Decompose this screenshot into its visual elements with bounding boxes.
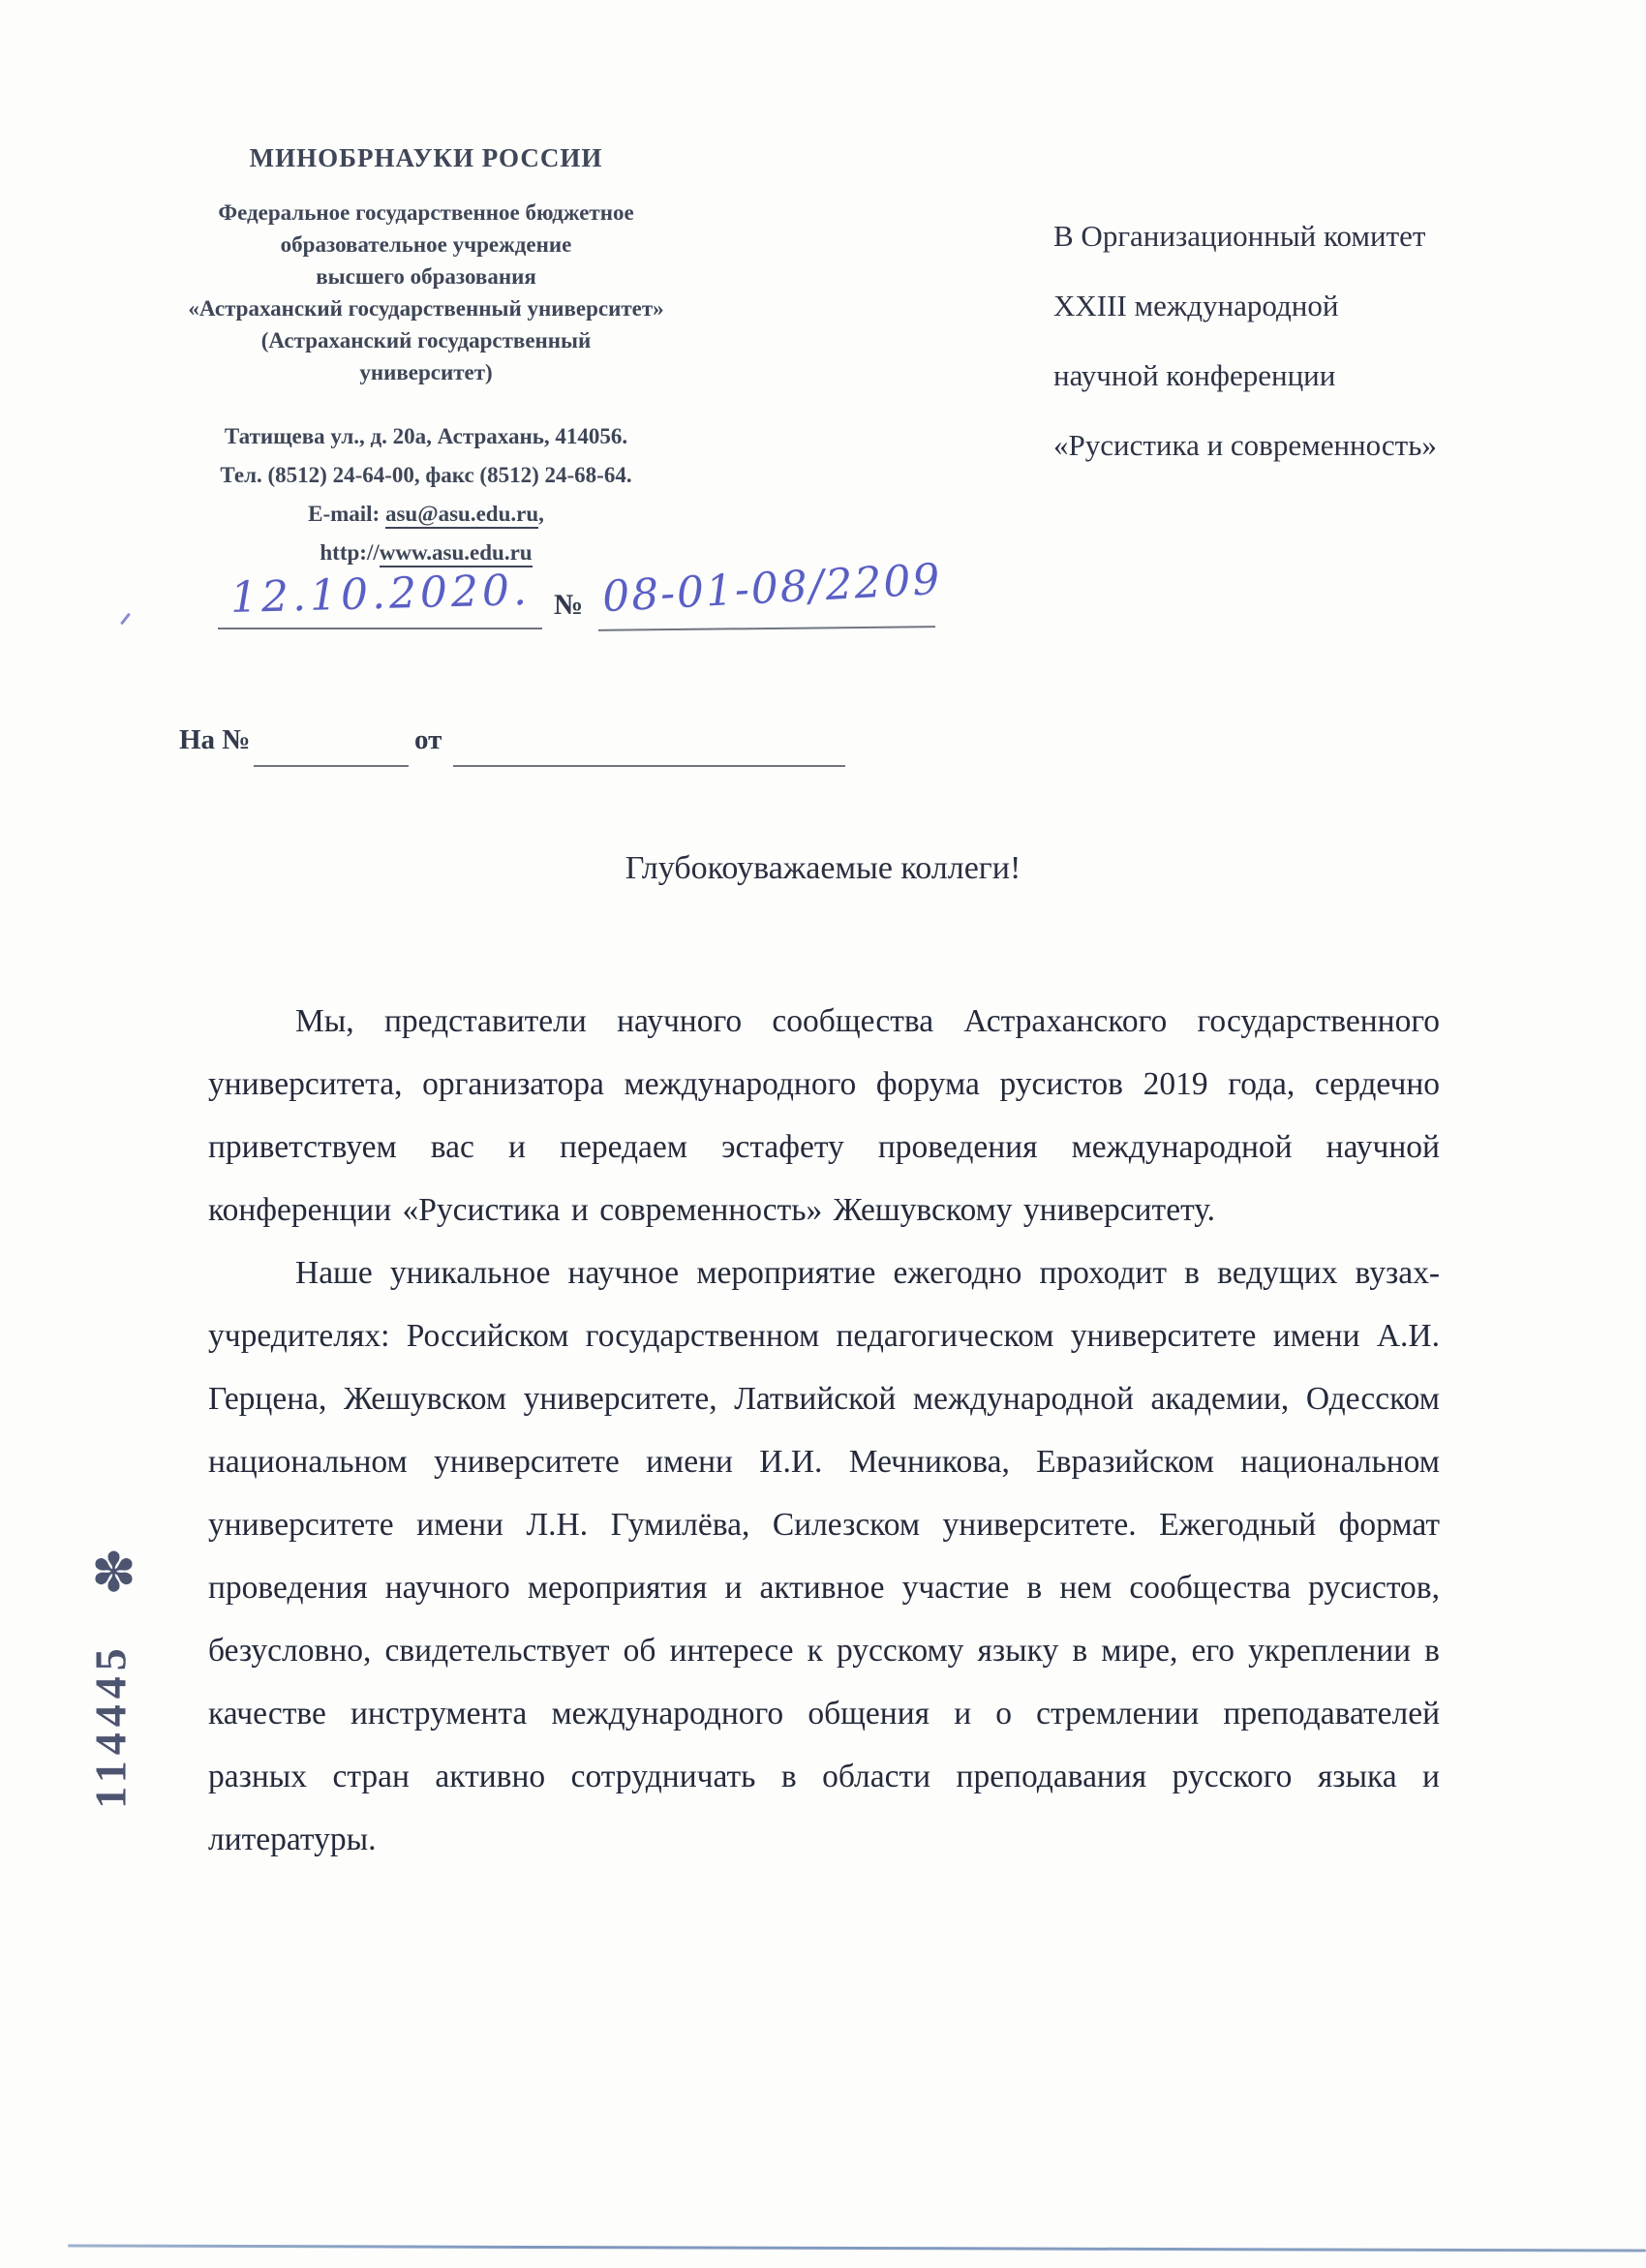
- reply-from-label: от: [414, 724, 442, 756]
- number-underline: [598, 626, 935, 631]
- date-underline: [218, 628, 542, 629]
- number-sign: №: [554, 589, 583, 622]
- reply-date-blank: [453, 765, 845, 767]
- reply-number-blank: [254, 765, 409, 767]
- scanned-letter-page: МИНОБРНАУКИ РОССИИ Федеральное государст…: [0, 0, 1646, 2268]
- handwritten-date: 12.10.2020.: [229, 566, 531, 623]
- paragraph: Наше уникальное научное мероприятие ежег…: [208, 1241, 1440, 1871]
- letter-body: Мы, представители научного сообщества Ас…: [208, 990, 1440, 1871]
- paragraph: Мы, представители научного сообщества Ас…: [208, 990, 1440, 1241]
- reply-to-number-label: На №: [179, 724, 250, 756]
- salutation: Глубокоуважаемые коллеги!: [208, 850, 1438, 887]
- registration-number-vertical: 114445: [85, 1642, 137, 1808]
- handwritten-outgoing-number: 08-01-08/2209: [601, 555, 943, 622]
- asterisk-flower-icon: ✽: [91, 1542, 137, 1605]
- pen-mark: [120, 613, 131, 626]
